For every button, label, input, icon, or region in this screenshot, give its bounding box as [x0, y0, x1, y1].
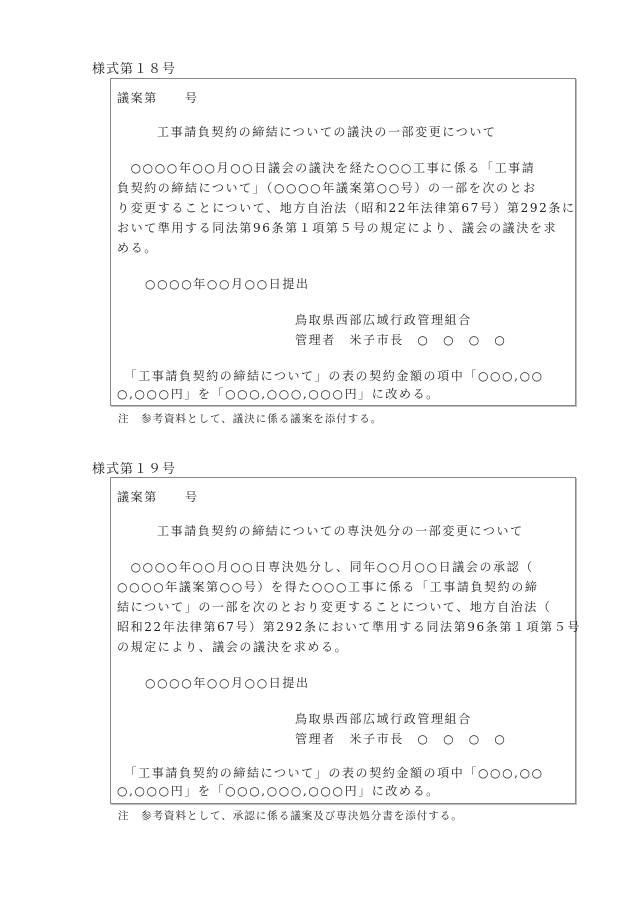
body-line: ○○○○年○○月○○日議会の議決を経た○○○工事に係る「工事請 — [117, 159, 535, 176]
form-19-box: 議案第 号 工事請負契約の締結についての専決処分の一部変更について ○○○○年○… — [110, 477, 576, 804]
submission-date: ○○○○年○○月○○日提出 — [145, 674, 310, 691]
administrator-name: 管理者 米子市長 ○ ○ ○ ○ — [295, 331, 506, 348]
body-line: おいて準用する同法第96条第１項第５号の規定により、議会の議決を求 — [117, 219, 557, 236]
organization-name: 鳥取県西部広域行政管理組合 — [295, 311, 472, 328]
bill-number: 議案第 号 — [117, 488, 199, 505]
form-18-label: 様式第１８号 — [92, 58, 176, 77]
body-line: り変更することについて、地方自治法（昭和22年法律第67号）第292条に — [117, 199, 576, 216]
organization-name: 鳥取県西部広域行政管理組合 — [295, 710, 472, 727]
bill-title: 工事請負契約の締結についての議決の一部変更について — [157, 123, 497, 140]
amendment-line: 「工事請負契約の締結について」の表の契約金額の項中「○○○,○○ — [117, 764, 544, 781]
form-19-label: 様式第１９号 — [92, 458, 176, 477]
bill-number: 議案第 号 — [117, 89, 199, 106]
amendment-line: 「工事請負契約の締結について」の表の契約金額の項中「○○○,○○ — [117, 367, 544, 384]
form-19-note: 注 参考資料として、承認に係る議案及び専決処分書を添付する。 — [118, 808, 463, 823]
body-line: 昭和22年法律第67号）第292条において準用する同法第96条第１項第５号 — [117, 618, 581, 635]
administrator-name: 管理者 米子市長 ○ ○ ○ ○ — [295, 730, 506, 747]
body-line: ○○○○年議案第○○号）を得た○○○工事に係る「工事請負契約の締 — [117, 578, 538, 595]
form-18-box: 議案第 号 工事請負契約の締結についての議決の一部変更について ○○○○年○○月… — [110, 78, 576, 406]
amendment-line: ○,○○○円」を「○○○,○○○,○○○円」に改める。 — [117, 385, 440, 402]
submission-date: ○○○○年○○月○○日提出 — [145, 275, 310, 292]
body-line: 負契約の締結について」（○○○○年議案第○○号）の一部を次のとお — [117, 179, 537, 196]
body-line: 結について」の一部を次のとおり変更することについて、地方自治法（ — [117, 598, 551, 615]
form-18-note: 注 参考資料として、議決に係る議案を添付する。 — [118, 411, 382, 426]
bill-title: 工事請負契約の締結についての専決処分の一部変更について — [157, 522, 524, 539]
body-line: ○○○○年○○月○○日専決処分し、同年○○月○○日議会の承認（ — [117, 558, 534, 575]
amendment-line: ○,○○○円」を「○○○,○○○,○○○円」に改める。 — [117, 782, 440, 799]
body-line: める。 — [117, 239, 158, 256]
body-line: の規定により、議会の議決を求める。 — [117, 638, 348, 655]
